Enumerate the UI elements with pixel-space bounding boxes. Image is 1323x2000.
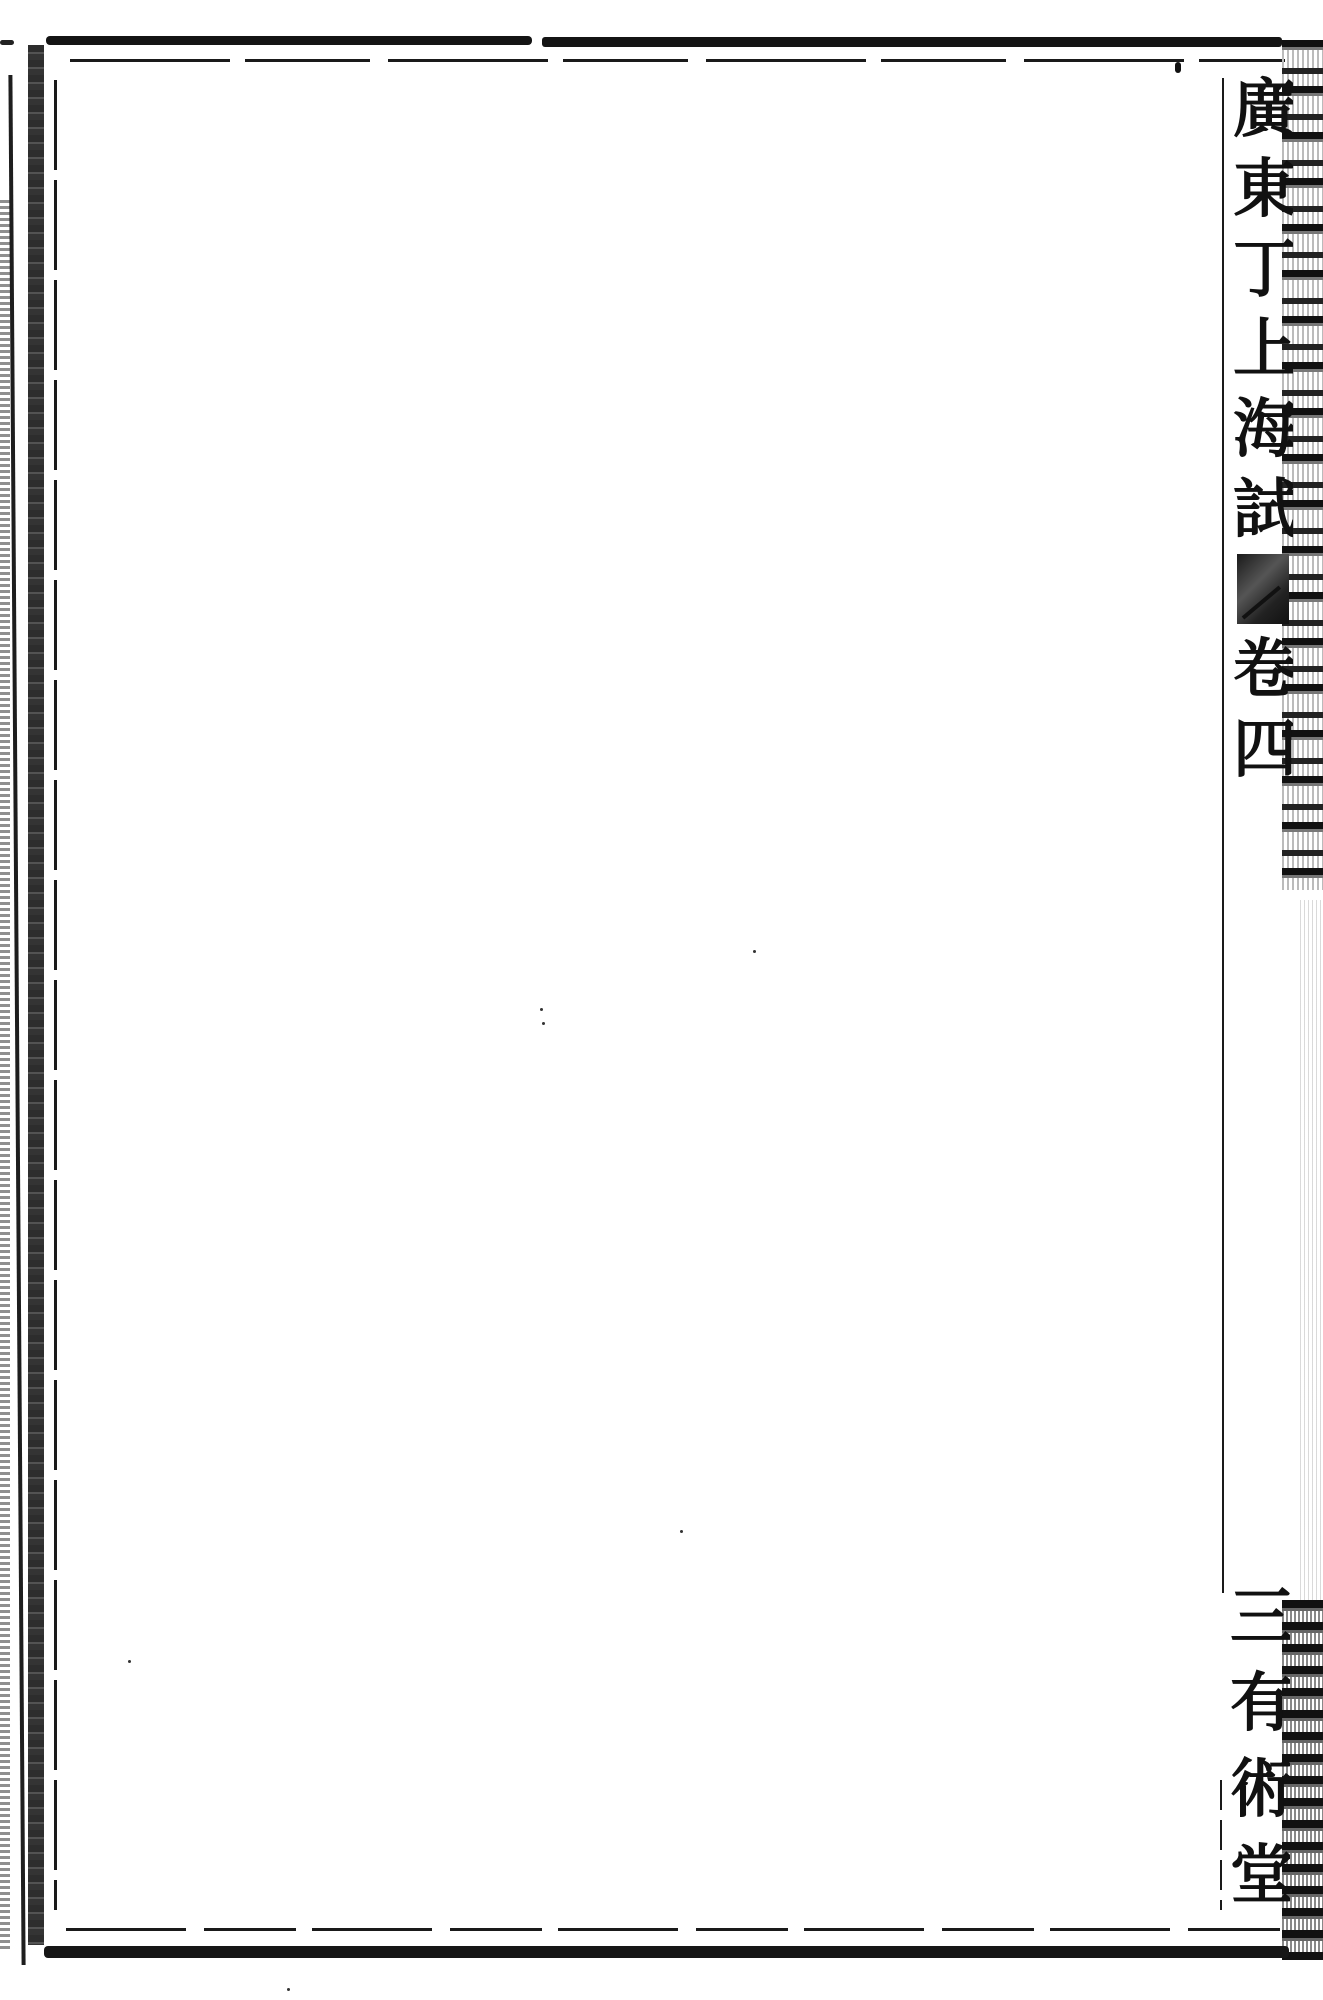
margin-char: 廣: [1233, 70, 1293, 150]
top-border-inner-rule: [70, 59, 1285, 62]
margin-char: 東: [1233, 150, 1293, 230]
dust-speck: [128, 1660, 131, 1663]
margin-title-column: 廣 東 丁 上 海 試 卷 四: [1233, 70, 1293, 790]
fishtail-block-icon: [1237, 554, 1289, 624]
left-border-fragment: [0, 40, 14, 45]
bottom-border-inner-rule: [66, 1928, 1286, 1931]
dust-speck: [753, 950, 756, 953]
left-gutter-shadow: [28, 45, 44, 1945]
margin-char: 術: [1230, 1747, 1290, 1833]
margin-char: 四: [1233, 710, 1293, 790]
dust-speck: [540, 1008, 543, 1011]
margin-char: 三: [1230, 1575, 1290, 1661]
margin-char: 有: [1230, 1661, 1290, 1747]
margin-column-rule-lower: [1220, 1780, 1222, 1910]
bottom-border-thick: [44, 1946, 1289, 1958]
left-border-outer-line: [8, 75, 25, 1965]
margin-char: 試: [1233, 470, 1293, 550]
book-page: 廣 東 丁 上 海 試 卷 四 三 有 術 堂: [0, 0, 1323, 2000]
ink-blot: [1175, 62, 1181, 73]
dust-speck: [680, 1530, 683, 1533]
left-edge-texture: [0, 200, 10, 1950]
margin-char: 堂: [1230, 1833, 1290, 1919]
margin-column-rule: [1222, 78, 1224, 1593]
left-border-inner-rule: [54, 80, 57, 1910]
margin-char: 卷: [1233, 630, 1293, 710]
margin-publisher-column: 三 有 術 堂: [1230, 1575, 1290, 1919]
top-border-thick-right: [542, 37, 1282, 47]
dust-speck: [542, 1022, 545, 1025]
margin-char: 丁: [1233, 230, 1293, 310]
right-edge-bleed-middle: [1300, 900, 1323, 1600]
margin-char: 上: [1233, 310, 1293, 390]
dust-speck: [287, 1988, 290, 1991]
margin-char: 海: [1233, 390, 1293, 470]
top-border-thick-left: [46, 36, 532, 45]
